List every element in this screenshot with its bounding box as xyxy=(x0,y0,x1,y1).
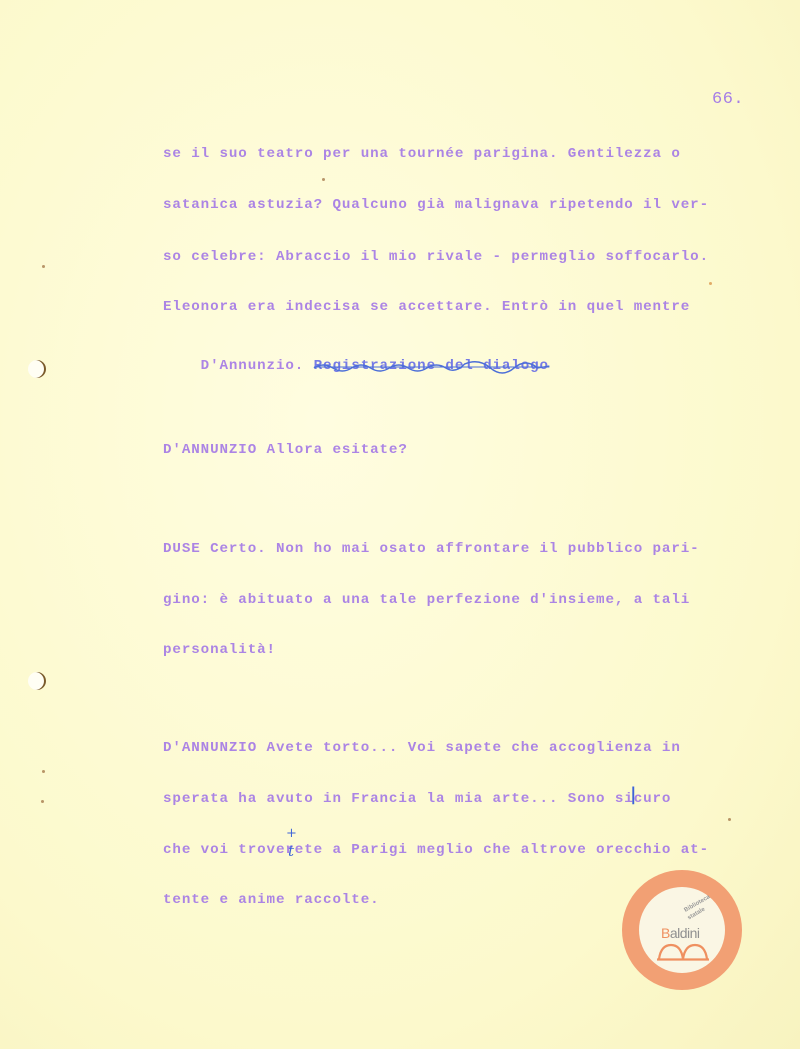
text-line-with-strikethrough: D'Annunzio. Registrazione del dialogo xyxy=(163,342,549,390)
handwritten-correction-mark: | xyxy=(630,784,637,805)
handwritten-insertion-mark: + xyxy=(286,826,297,841)
text-line: so celebre: Abraccio il mio rivale - per… xyxy=(163,249,709,265)
paper-speck xyxy=(42,265,45,268)
paper-speck xyxy=(728,818,731,821)
text-line: che voi troverete a Parigi meglio che al… xyxy=(163,842,709,858)
dialogue-line: D'ANNUNZIO Avete torto... Voi sapete che… xyxy=(163,740,681,756)
handwritten-strikethrough-icon xyxy=(314,360,549,374)
dialogue-line: DUSE Certo. Non ho mai osato affrontare … xyxy=(163,541,700,557)
dialogue-line: D'ANNUNZIO Allora esitate? xyxy=(163,442,408,458)
paper-speck xyxy=(41,800,44,803)
logo-inner-circle: Biblioteca statale Baldini xyxy=(639,887,725,973)
text-segment: D'Annunzio. xyxy=(201,358,314,374)
open-book-icon xyxy=(657,943,709,961)
logo-name-rest: aldini xyxy=(670,925,700,941)
library-stamp-logo: Biblioteca statale Baldini xyxy=(622,870,742,990)
text-line: Eleonora era indecisa se accettare. Entr… xyxy=(163,299,690,315)
logo-initial: B xyxy=(661,925,670,941)
handwritten-correction: t xyxy=(288,842,294,860)
text-line: satanica astuzia? Qualcuno già malignava… xyxy=(163,197,709,213)
punch-hole xyxy=(28,672,46,690)
text-line: personalità! xyxy=(163,642,276,658)
struck-out-text: Registrazione del dialogo xyxy=(314,358,549,374)
paper-speck xyxy=(709,282,712,285)
paper-speck xyxy=(42,770,45,773)
logo-name: Baldini xyxy=(661,925,700,941)
text-line: gino: è abituato a una tale perfezione d… xyxy=(163,592,690,608)
text-line: se il suo teatro per una tournée parigin… xyxy=(163,146,681,162)
text-line: tente e anime raccolte. xyxy=(163,892,380,908)
paper-speck xyxy=(322,178,325,181)
punch-hole xyxy=(28,360,46,378)
text-line: sperata ha avuto in Francia la mia arte.… xyxy=(163,791,671,807)
page-number: 66. xyxy=(712,90,744,109)
